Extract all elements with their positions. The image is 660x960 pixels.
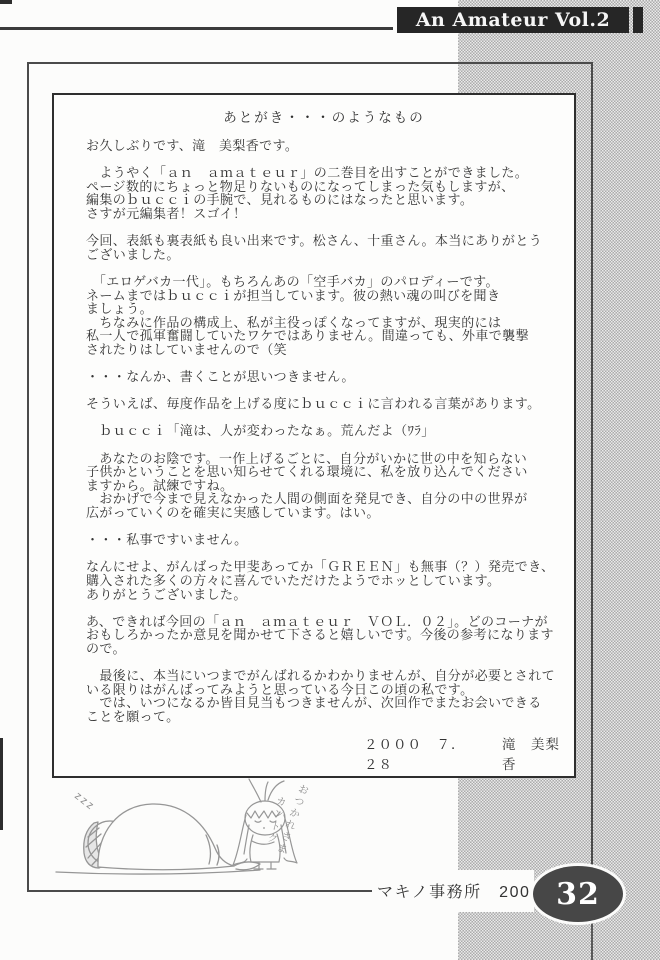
- body-line: おかげで今まで見えなかった人間の側面を発見でき、自分の中の世界が: [86, 492, 562, 506]
- scanned-afterword-page: An Amateur Vol.2 あとがき・・・のようなもの お久しぶりです、滝…: [0, 0, 660, 960]
- afterword-heading: あとがき・・・のようなもの: [86, 106, 562, 126]
- body-line: 広がっていくのを確実に実感しています。はい。: [86, 506, 562, 520]
- body-line: あなたのお陰です。一作上げるごとに、自分がいかに世の中を知らない: [86, 452, 562, 466]
- body-line: ありがとうございました。: [86, 588, 562, 602]
- body-line: 私一人で孤軍奮闘していたワケではありません。間違っても、外車で襲撃: [86, 329, 562, 343]
- body-line: [86, 384, 562, 398]
- body-line: [86, 221, 562, 235]
- afterword-body: お久しぶりです、滝 美梨香です。 ようやく「ａｎ ａｍａｔｅｕｒ」の二巻目を出す…: [86, 139, 562, 724]
- body-line: ｂｕｃｃｉ「滝は、人が変わったなぁ。荒んだよ（ﾜﾗ」: [86, 424, 562, 438]
- body-line: あ、できれば今回の「ａｎ ａｍａｔｅｕｒ ＶＯＬ．０２」。どのコーナが: [86, 615, 562, 629]
- body-line: 最後に、本当にいつまでがんばれるかわかりませんが、自分が必要とされて: [86, 669, 562, 683]
- body-line: 子供かということを思い知らせてくれる環境に、私を放り込んでください: [86, 465, 562, 479]
- body-line: [86, 438, 562, 452]
- body-line: ございました。: [86, 248, 562, 262]
- body-line: されたりはしていませんので（笑: [86, 343, 562, 357]
- studio-credit: マキノ事務所 2000: [377, 879, 541, 902]
- body-line: お久しぶりです、滝 美梨香です。: [86, 139, 562, 153]
- body-line: ますから。試練ですね。: [86, 479, 562, 493]
- body-line: 購入された多くの方々に喜んでいただけたようでホッとしています。: [86, 574, 562, 588]
- body-line: ・・・私事ですいません。: [86, 533, 562, 547]
- sleeping-figure-drawing: zzz: [56, 790, 260, 874]
- scan-edge-artifact-top: [0, 0, 12, 4]
- body-line: [86, 261, 562, 275]
- afterword-text-box: あとがき・・・のようなもの お久しぶりです、滝 美梨香です。 ようやく「ａｎ ａ…: [52, 93, 576, 778]
- body-line: [86, 357, 562, 371]
- body-line: ・・・なんか、書くことが思いつきません。: [86, 370, 562, 384]
- body-line: ことを願って。: [86, 710, 562, 724]
- body-line: ネームまではｂｕｃｃｉが担当しています。彼の熱い魂の叫びを聞き: [86, 289, 562, 303]
- signature-date: ２０００ ７．２８: [364, 733, 472, 773]
- page-number-oval: 32: [533, 866, 623, 922]
- zzz-text: zzz: [72, 790, 97, 813]
- body-line: ようやく「ａｎ ａｍａｔｅｕｒ」の二巻目を出すことができました。: [86, 166, 562, 180]
- body-line: [86, 153, 562, 167]
- body-line: ましょう。: [86, 302, 562, 316]
- body-line: ので。: [86, 642, 562, 656]
- body-line: [86, 520, 562, 534]
- body-line: いる限りはがんばってみようと思っている今日この頃の私です。: [86, 683, 562, 697]
- body-line: [86, 601, 562, 615]
- page-number: 32: [556, 877, 600, 912]
- body-line: 「エロゲバカ一代」。もちろんあの「空手バカ」のパロディーです。: [86, 275, 562, 289]
- body-line: おもしろかったか意見を聞かせて下さると嬉しいです。今後の参考になります: [86, 628, 562, 642]
- body-line: では、いつになるか皆目見当もつきませんが、次回作でまたお会いできる: [86, 696, 562, 710]
- body-line: [86, 656, 562, 670]
- body-line: さすが元編集者！スゴイ！: [86, 207, 562, 221]
- body-line: そういえば、毎度作品を上げる度にｂｕｃｃｉに言われる言葉があります。: [86, 397, 562, 411]
- body-line: 編集のｂｕｃｃｉの手腕で、見れるものにはなったと思います。: [86, 193, 562, 207]
- signature-row: ２０００ ７．２８ 滝 美梨香: [364, 733, 562, 773]
- page-title: An Amateur Vol.2: [416, 9, 610, 31]
- body-line: なんにせよ、がんばった甲斐あってか「ＧＲＥＥＮ」も無事（？）発売でき、: [86, 560, 562, 574]
- signature-author: 滝 美梨香: [502, 733, 562, 773]
- title-accent-bar: [633, 7, 643, 33]
- scan-edge-artifact-left: [0, 738, 3, 830]
- top-rule: [0, 27, 393, 30]
- page-title-band: An Amateur Vol.2: [397, 7, 629, 33]
- body-line: ページ数的にちょっと物足りないものになってしまった気もしますが、: [86, 180, 562, 194]
- body-line: 今回、表紙も裏表紙も良い出来です。松さん、十重さん。本当にありがとう: [86, 234, 562, 248]
- body-line: ちなみに作品の構成上、私が主役っぽくなってますが、現実的には: [86, 316, 562, 330]
- body-line: [86, 411, 562, 425]
- body-line: [86, 547, 562, 561]
